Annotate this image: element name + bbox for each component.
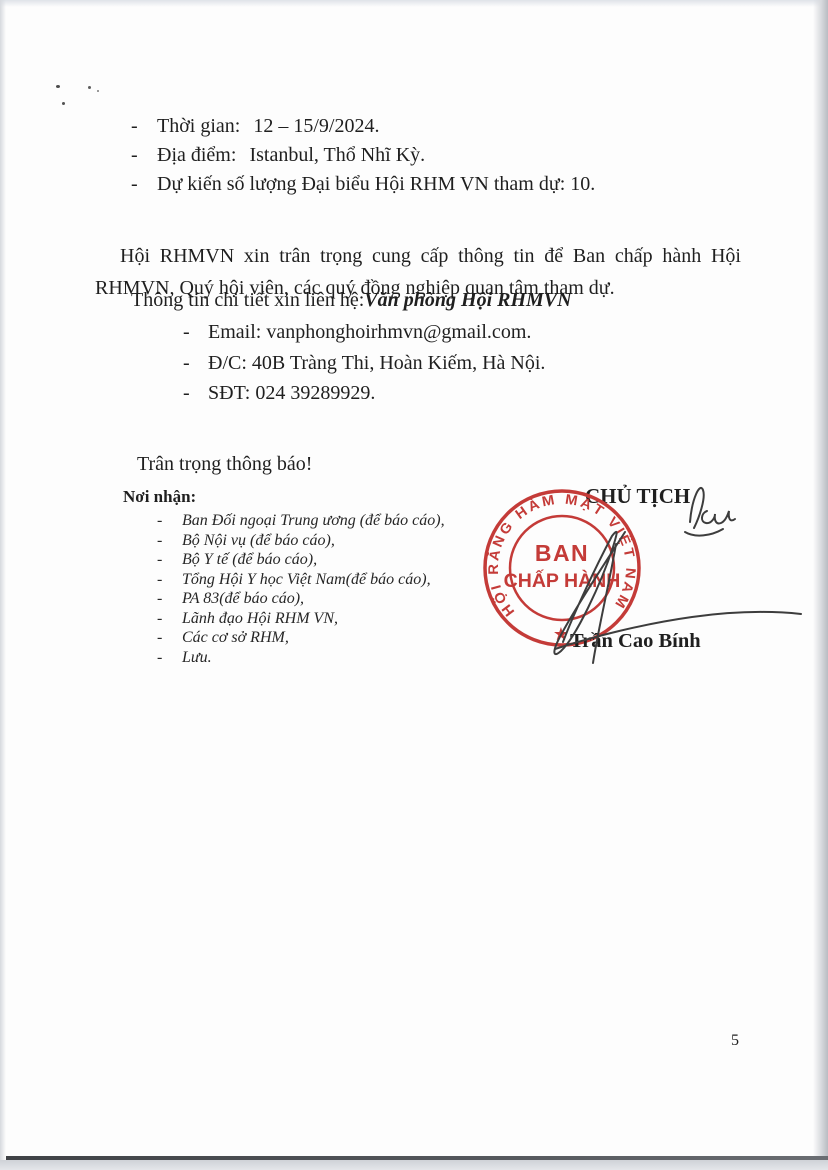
contact-email: Email: vanphonghoirhmvn@gmail.com. [208,317,531,348]
list-item: - Bộ Nội vụ (để báo cáo), [157,531,445,551]
contact-intro-line: Thông tin chi tiết xin liên hệ:Văn phòng… [131,289,572,312]
contact-phone: SĐT: 024 39289929. [208,378,375,409]
list-item: - PA 83(để báo cáo), [157,589,445,609]
contact-office-name: Văn phòng Hội RHMVN [364,289,571,311]
event-location-value: Istanbul, Thổ Nhĩ Kỳ. [249,141,425,170]
stamp-center-line1: BAN [535,540,589,566]
bullet-dash: - [183,378,208,409]
signer-name: Trần Cao Bính [570,630,701,653]
recipients-heading: Nơi nhận: [123,487,196,507]
bullet-dash: - [157,589,182,609]
recipient: PA 83(để báo cáo), [182,589,304,609]
scan-edge-top [0,0,828,7]
list-item: - Bộ Y tế (để báo cáo), [157,550,445,570]
event-details-list: - Thời gian: 12 – 15/9/2024. - Địa điểm:… [131,112,608,199]
list-item: - Địa điểm: Istanbul, Thổ Nhĩ Kỳ. [131,141,608,170]
bullet-dash: - [131,112,157,141]
red-circular-stamp: HỘI RĂNG HÀM MẶT VIỆT NAM BAN CHẤP HÀNH … [477,483,647,653]
stamp-center-line2: CHẤP HÀNH [504,569,621,592]
list-item: - Dự kiến số lượng Đại biểu Hội RHM VN t… [131,170,608,199]
bullet-dash: - [157,628,182,648]
ink-speck [97,90,99,92]
list-item: - Lãnh đạo Hội RHM VN, [157,609,445,629]
signature-flourish [690,488,704,528]
ink-speck [62,102,65,105]
recipient: Lãnh đạo Hội RHM VN, [182,609,338,629]
signature-flourish [702,511,735,523]
contact-intro-label: Thông tin chi tiết xin liên hệ: [131,289,364,311]
bullet-dash: - [157,550,182,570]
list-item: - SĐT: 024 39289929. [183,378,545,409]
ink-speck [56,85,60,88]
bullet-dash: - [131,170,157,199]
scan-edge-left [0,0,6,1170]
scanned-document-page: - Thời gian: 12 – 15/9/2024. - Địa điểm:… [0,0,828,1170]
stamp-star-icon: ★ [553,624,569,644]
stamp-inner-ring [510,516,614,620]
bullet-dash: - [157,511,182,531]
signature-flourish [685,529,723,536]
recipient: Bộ Nội vụ (để báo cáo), [182,531,335,551]
closing-line: Trân trọng thông báo! [137,453,312,476]
list-item: - Tổng Hội Y học Việt Nam(để báo cáo), [157,570,445,590]
recipient: Ban Đối ngoại Trung ương (để báo cáo), [182,511,445,531]
scan-edge-right [813,0,828,1170]
page-number: 5 [731,1032,739,1050]
list-item: - Các cơ sở RHM, [157,628,445,648]
recipient: Bộ Y tế (để báo cáo), [182,550,317,570]
bullet-dash: - [157,570,182,590]
list-item: - Lưu. [157,648,445,668]
bullet-dash: - [131,141,157,170]
ink-speck [88,86,91,89]
bullet-dash: - [157,531,182,551]
contact-details-list: - Email: vanphonghoirhmvn@gmail.com. - Đ… [183,317,545,409]
event-location-label: Địa điểm: [157,141,236,170]
recipients-list: - Ban Đối ngoại Trung ương (để báo cáo),… [157,511,445,667]
contact-address: Đ/C: 40B Tràng Thi, Hoàn Kiếm, Hà Nội. [208,348,545,379]
scan-edge-bottom-strip [0,1160,828,1170]
list-item: - Ban Đối ngoại Trung ương (để báo cáo), [157,511,445,531]
list-item: - Đ/C: 40B Tràng Thi, Hoàn Kiếm, Hà Nội. [183,348,545,379]
event-time-value: 12 – 15/9/2024. [253,112,379,141]
event-attendees-text: Dự kiến số lượng Đại biểu Hội RHM VN tha… [157,170,595,199]
recipient: Tổng Hội Y học Việt Nam(để báo cáo), [182,570,431,590]
bullet-dash: - [157,609,182,629]
list-item: - Email: vanphonghoirhmvn@gmail.com. [183,317,545,348]
list-item: - Thời gian: 12 – 15/9/2024. [131,112,608,141]
bullet-dash: - [157,648,182,668]
bullet-dash: - [183,317,208,348]
bullet-dash: - [183,348,208,379]
recipient: Lưu. [182,648,212,668]
event-time-label: Thời gian: [157,112,240,141]
recipient: Các cơ sở RHM, [182,628,289,648]
